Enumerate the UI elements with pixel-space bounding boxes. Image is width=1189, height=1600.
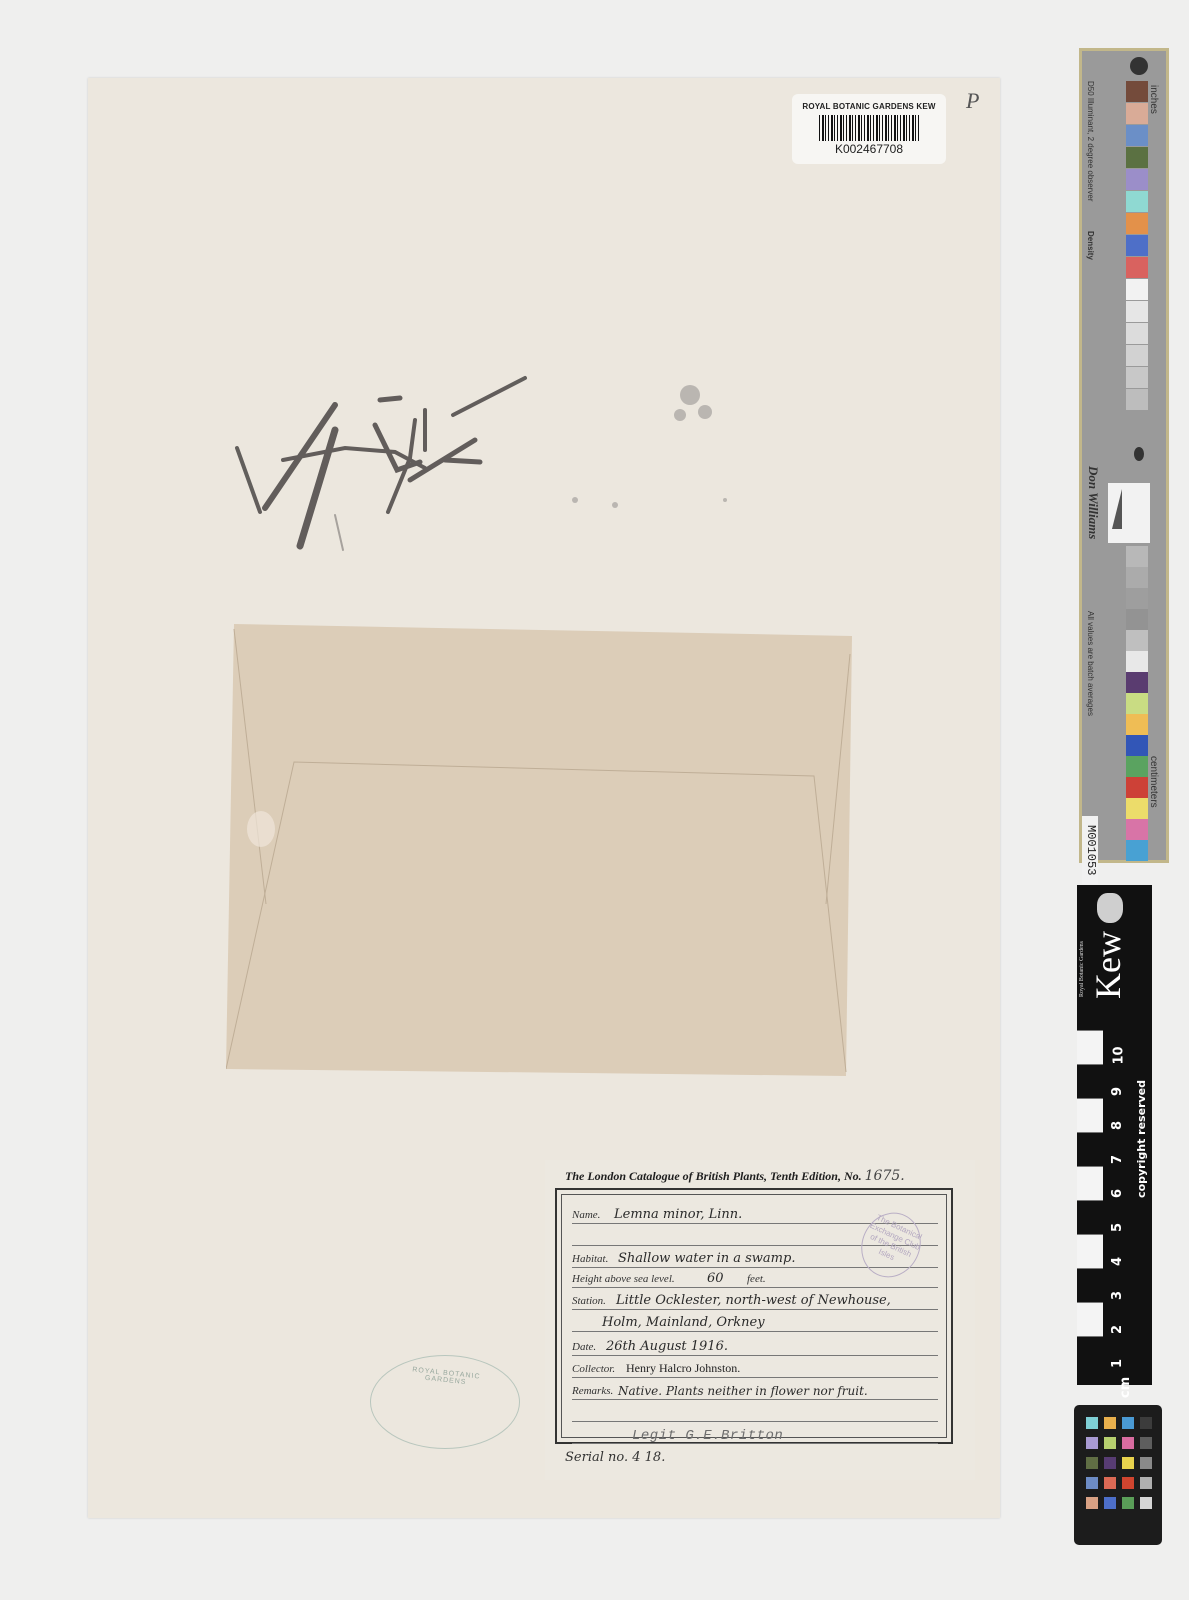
color-cell: [1104, 1497, 1116, 1509]
color-cell: [1140, 1457, 1152, 1469]
barcode-icon: [819, 115, 919, 141]
field-collector: Collector. Henry Halcro Johnston.: [572, 1355, 938, 1378]
height-value: 60: [707, 1271, 724, 1286]
color-swatch: [1126, 125, 1148, 146]
color-swatch: [1126, 103, 1148, 124]
color-swatch: [1126, 301, 1148, 322]
color-swatch: [1126, 235, 1148, 256]
chart-hole-icon: [1130, 57, 1148, 75]
color-swatch: [1126, 567, 1148, 588]
resolution-target: [1108, 483, 1150, 543]
label-header: The London Catalogue of British Plants, …: [565, 1168, 905, 1184]
color-cell: [1086, 1497, 1098, 1509]
serial-note: Serial no. 4 18.: [565, 1450, 665, 1465]
color-cell: [1086, 1417, 1098, 1429]
color-swatch: [1126, 819, 1148, 840]
units-centimeters: centimeters: [1148, 756, 1159, 808]
color-swatch: [1126, 367, 1148, 388]
color-swatch: [1126, 191, 1148, 212]
station-value-line2: Holm, Mainland, Orkney: [602, 1315, 765, 1330]
color-swatch: [1126, 630, 1148, 651]
color-cell: [1104, 1477, 1116, 1489]
color-calibration-chart: D50 Illuminant, 2 degree observer Densit…: [1079, 48, 1169, 863]
kew-crest-icon: [1097, 893, 1123, 923]
color-swatch: [1126, 735, 1148, 756]
kew-logo: Kew: [1087, 931, 1129, 999]
density-label: Density: [1086, 231, 1095, 260]
name-value: Lemna minor, Linn.: [614, 1207, 742, 1222]
barcode-label: ROYAL BOTANIC GARDENS KEW K002467708: [792, 94, 946, 164]
color-swatch: [1126, 756, 1148, 777]
color-swatch: [1126, 693, 1148, 714]
field-station: Station. Little Ocklester, north-west of…: [572, 1287, 938, 1310]
scale-numbers: 1 2 3 4 5 6 7 8 9 10 cm: [1113, 1030, 1131, 1380]
color-cell: [1104, 1457, 1116, 1469]
color-cell: [1104, 1417, 1116, 1429]
chart-hole-icon: [1134, 447, 1144, 461]
pressed-specimen: [225, 340, 745, 590]
field-station-cont: Holm, Mainland, Orkney: [572, 1309, 938, 1332]
color-swatch: [1126, 213, 1148, 234]
barcode-number: K002467708: [792, 142, 946, 156]
field-date: Date. 26th August 1916.: [572, 1333, 938, 1356]
color-cell: [1122, 1417, 1134, 1429]
color-cell: [1122, 1477, 1134, 1489]
color-cell: [1122, 1437, 1134, 1449]
date-value: 26th August 1916.: [606, 1339, 728, 1354]
herbarium-stamp: ROYAL BOTANIC GARDENS: [370, 1355, 520, 1449]
specimen-envelope: [226, 624, 852, 1076]
color-swatch: [1126, 323, 1148, 344]
corner-annotation: P: [966, 88, 979, 114]
field-remarks: Remarks. Native. Plants neither in flowe…: [572, 1377, 938, 1400]
herbarium-stamp-text: ROYAL BOTANIC GARDENS: [391, 1364, 502, 1389]
chart-maker: Don Williams: [1085, 466, 1101, 539]
color-cell: [1140, 1417, 1152, 1429]
color-swatch: [1126, 546, 1148, 567]
specimen-label: The London Catalogue of British Plants, …: [545, 1160, 975, 1480]
kew-scale-bar: Royal Botanic Gardens Kew 1 2 3 4 5 6 7 …: [1077, 885, 1152, 1385]
color-cell: [1122, 1497, 1134, 1509]
color-swatch: [1126, 798, 1148, 819]
habitat-value: Shallow water in a swamp.: [618, 1251, 795, 1266]
color-cell: [1140, 1497, 1152, 1509]
chart-top-text: D50 Illuminant, 2 degree observer: [1086, 81, 1095, 202]
chart-mid-text: All values are batch averages: [1086, 611, 1095, 716]
color-swatch: [1126, 345, 1148, 366]
color-swatch: [1126, 714, 1148, 735]
color-cell: [1122, 1457, 1134, 1469]
color-swatch: [1126, 588, 1148, 609]
color-swatch: [1126, 257, 1148, 278]
color-cell: [1140, 1477, 1152, 1489]
color-swatch: [1126, 777, 1148, 798]
color-swatch: [1126, 81, 1148, 102]
color-swatch: [1126, 279, 1148, 300]
kew-subtitle: Royal Botanic Gardens: [1079, 941, 1085, 997]
color-swatch: [1126, 840, 1148, 861]
color-swatch: [1126, 672, 1148, 693]
color-swatch: [1126, 389, 1148, 410]
color-cell: [1104, 1437, 1116, 1449]
color-cell: [1086, 1477, 1098, 1489]
color-swatch: [1126, 651, 1148, 672]
color-cell: [1086, 1457, 1098, 1469]
catalogue-title: The London Catalogue of British Plants, …: [565, 1169, 862, 1183]
color-cell: [1086, 1437, 1098, 1449]
field-blank-line: [572, 1399, 938, 1422]
field-determination: Legit G.E.Britton: [572, 1421, 938, 1444]
determination-stamp: Legit G.E.Britton: [632, 1428, 783, 1444]
mini-color-card: [1074, 1405, 1162, 1545]
color-cell: [1140, 1437, 1152, 1449]
station-value: Little Ocklester, north-west of Newhouse…: [616, 1293, 891, 1308]
barcode-institution: ROYAL BOTANIC GARDENS KEW: [792, 102, 946, 111]
color-swatch: [1126, 609, 1148, 630]
copyright-text: copyright reserved: [1135, 1080, 1148, 1198]
color-swatch: [1126, 147, 1148, 168]
collector-value: Henry Halcro Johnston.: [626, 1361, 740, 1376]
catalogue-number: 1675.: [865, 1168, 905, 1184]
scale-ruler: [1077, 1030, 1103, 1380]
color-swatch: [1126, 169, 1148, 190]
units-inches: inches: [1148, 85, 1159, 114]
remarks-value: Native. Plants neither in flower nor fru…: [618, 1384, 868, 1398]
chart-id: M001053: [1082, 816, 1098, 884]
